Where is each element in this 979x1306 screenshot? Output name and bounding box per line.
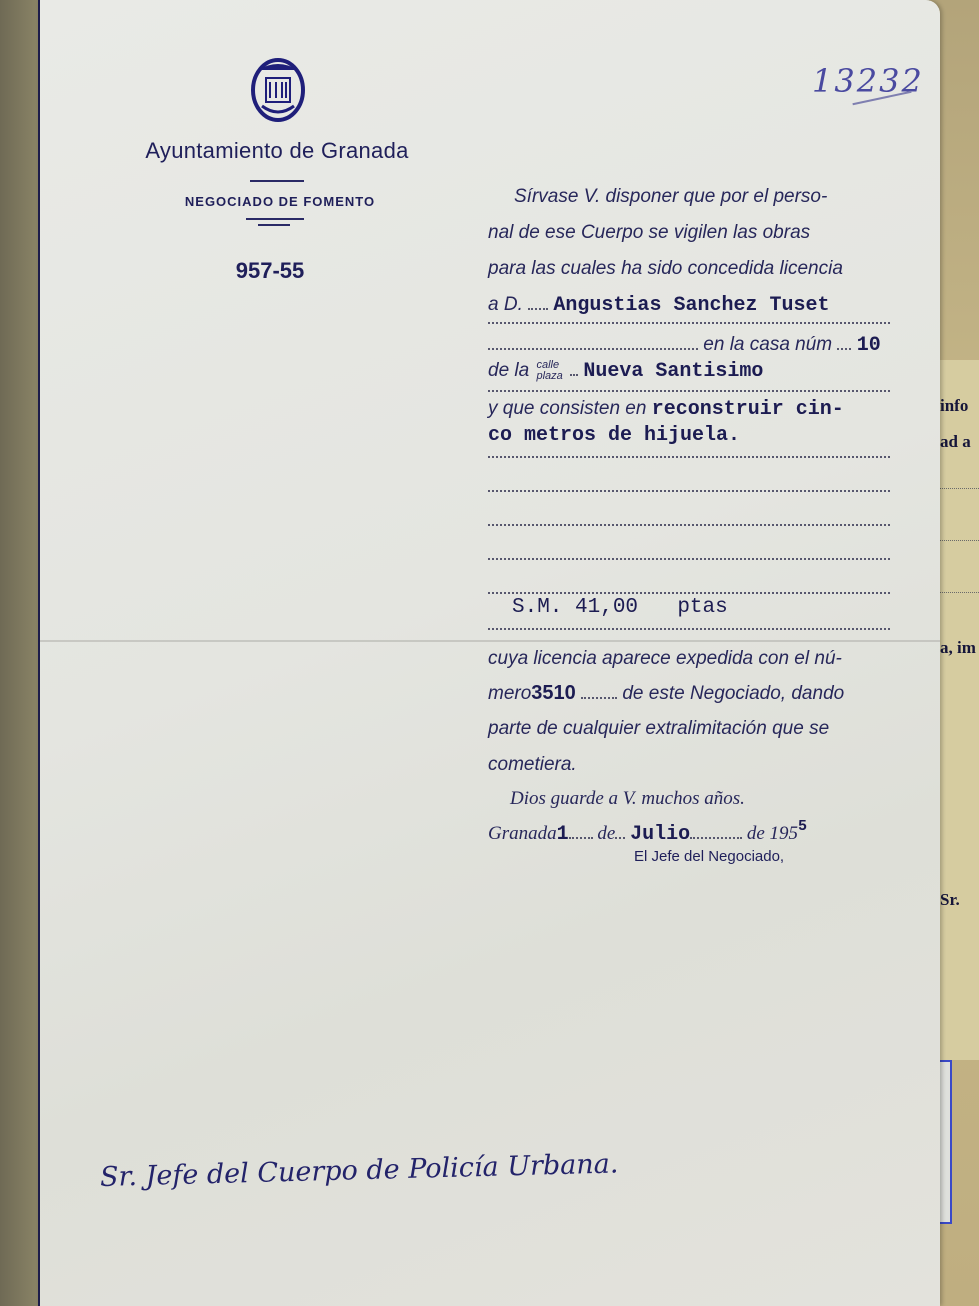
body-line: para las cuales ha sido concedida licenc… <box>488 258 890 280</box>
dot-leader <box>569 833 593 839</box>
amount-value: S.M. 41,00 <box>512 596 638 619</box>
dot-leader <box>528 304 548 310</box>
mero-label: mero <box>488 683 531 704</box>
licence-line: parte de cualquier extralimitación que s… <box>488 718 890 740</box>
consisten-label: y que consisten en <box>488 398 646 419</box>
house-number-line: en la casa núm 10 <box>488 334 890 357</box>
underlying-text-fragment: a, im <box>940 638 976 658</box>
licence-line: cometiera. <box>488 754 890 776</box>
addressee: Sr. Jefe del Cuerpo de Policía Urbana. <box>100 1148 619 1193</box>
municipality-title: Ayuntamiento de Granada <box>112 138 442 164</box>
underlying-text-fragment: Sr. <box>940 890 960 910</box>
dotted-line <box>488 322 890 324</box>
coat-of-arms-icon <box>250 56 306 122</box>
background-left <box>0 0 40 1306</box>
amount-line: S.M. 41,00 ptas <box>512 596 914 619</box>
dot-leader <box>615 833 625 839</box>
reference-number: 957-55 <box>210 258 330 284</box>
dot-leader <box>837 344 851 350</box>
dot-leader <box>690 833 742 839</box>
licence-line-rest: de este Negociado, dando <box>622 683 844 704</box>
year-suffix: 5 <box>798 818 807 835</box>
a-d-label: a D. <box>488 294 523 315</box>
signature-title: El Jefe del Negociado, <box>634 848 784 865</box>
body-line: Sírvase V. disponer que por el perso- <box>514 186 916 208</box>
month: Julio <box>630 823 690 846</box>
underlying-text-fragment: ad a <box>940 432 971 452</box>
dotted-line <box>488 390 890 392</box>
de-la-label: de la <box>488 360 529 381</box>
dot-leader <box>570 370 578 376</box>
document-sheet: Ayuntamiento de Granada NEGOCIADO DE FOM… <box>38 0 940 1306</box>
works-description-2: co metros de hijuela. <box>488 424 740 447</box>
dotted-line <box>488 490 890 492</box>
works-description-1: reconstruir cin- <box>652 398 844 421</box>
works-line: y que consisten en reconstruir cin- <box>488 398 890 421</box>
day: 1 <box>557 823 569 846</box>
handwritten-file-number: 13232 <box>812 62 924 100</box>
house-number: 10 <box>857 334 881 357</box>
dot-leader <box>488 344 698 350</box>
licence-number-line: mero3510 de este Negociado, dando <box>488 682 890 705</box>
dotted-line <box>488 456 890 458</box>
de-label: de <box>597 823 615 844</box>
street-line: de la calleplaza Nueva Santisimo <box>488 360 890 383</box>
divider <box>250 180 304 182</box>
calle-plaza-label: calleplaza <box>536 360 562 382</box>
date-line: Granada1 de Julio de 1955 <box>488 818 890 846</box>
dotted-line <box>488 558 890 560</box>
licence-line: cuya licencia aparece expedida con el nú… <box>488 648 890 670</box>
department-name: NEGOCIADO DE FOMENTO <box>140 194 420 209</box>
dotted-line <box>488 592 890 594</box>
body-line: nal de ese Cuerpo se vigilen las obras <box>488 222 890 244</box>
dotted-line <box>488 628 890 630</box>
city: Granada <box>488 823 557 844</box>
underlying-text-fragment: info <box>940 396 968 416</box>
applicant-name: Angustias Sanchez Tuset <box>553 294 829 317</box>
closing-line: Dios guarde a V. muchos años. <box>510 788 912 810</box>
de-label: de <box>747 823 765 844</box>
divider <box>246 218 304 220</box>
dotted-line <box>488 524 890 526</box>
dot-leader <box>581 693 617 699</box>
street-name: Nueva Santisimo <box>583 360 763 383</box>
fold-line <box>40 640 940 642</box>
applicant-line: a D. Angustias Sanchez Tuset <box>488 294 890 317</box>
divider <box>258 224 290 226</box>
currency: ptas <box>677 596 727 619</box>
casa-label: en la casa núm <box>703 334 832 355</box>
year-prefix: 195 <box>770 823 799 844</box>
works-line-2: co metros de hijuela. <box>488 424 890 447</box>
licence-number: 3510 <box>531 682 576 704</box>
